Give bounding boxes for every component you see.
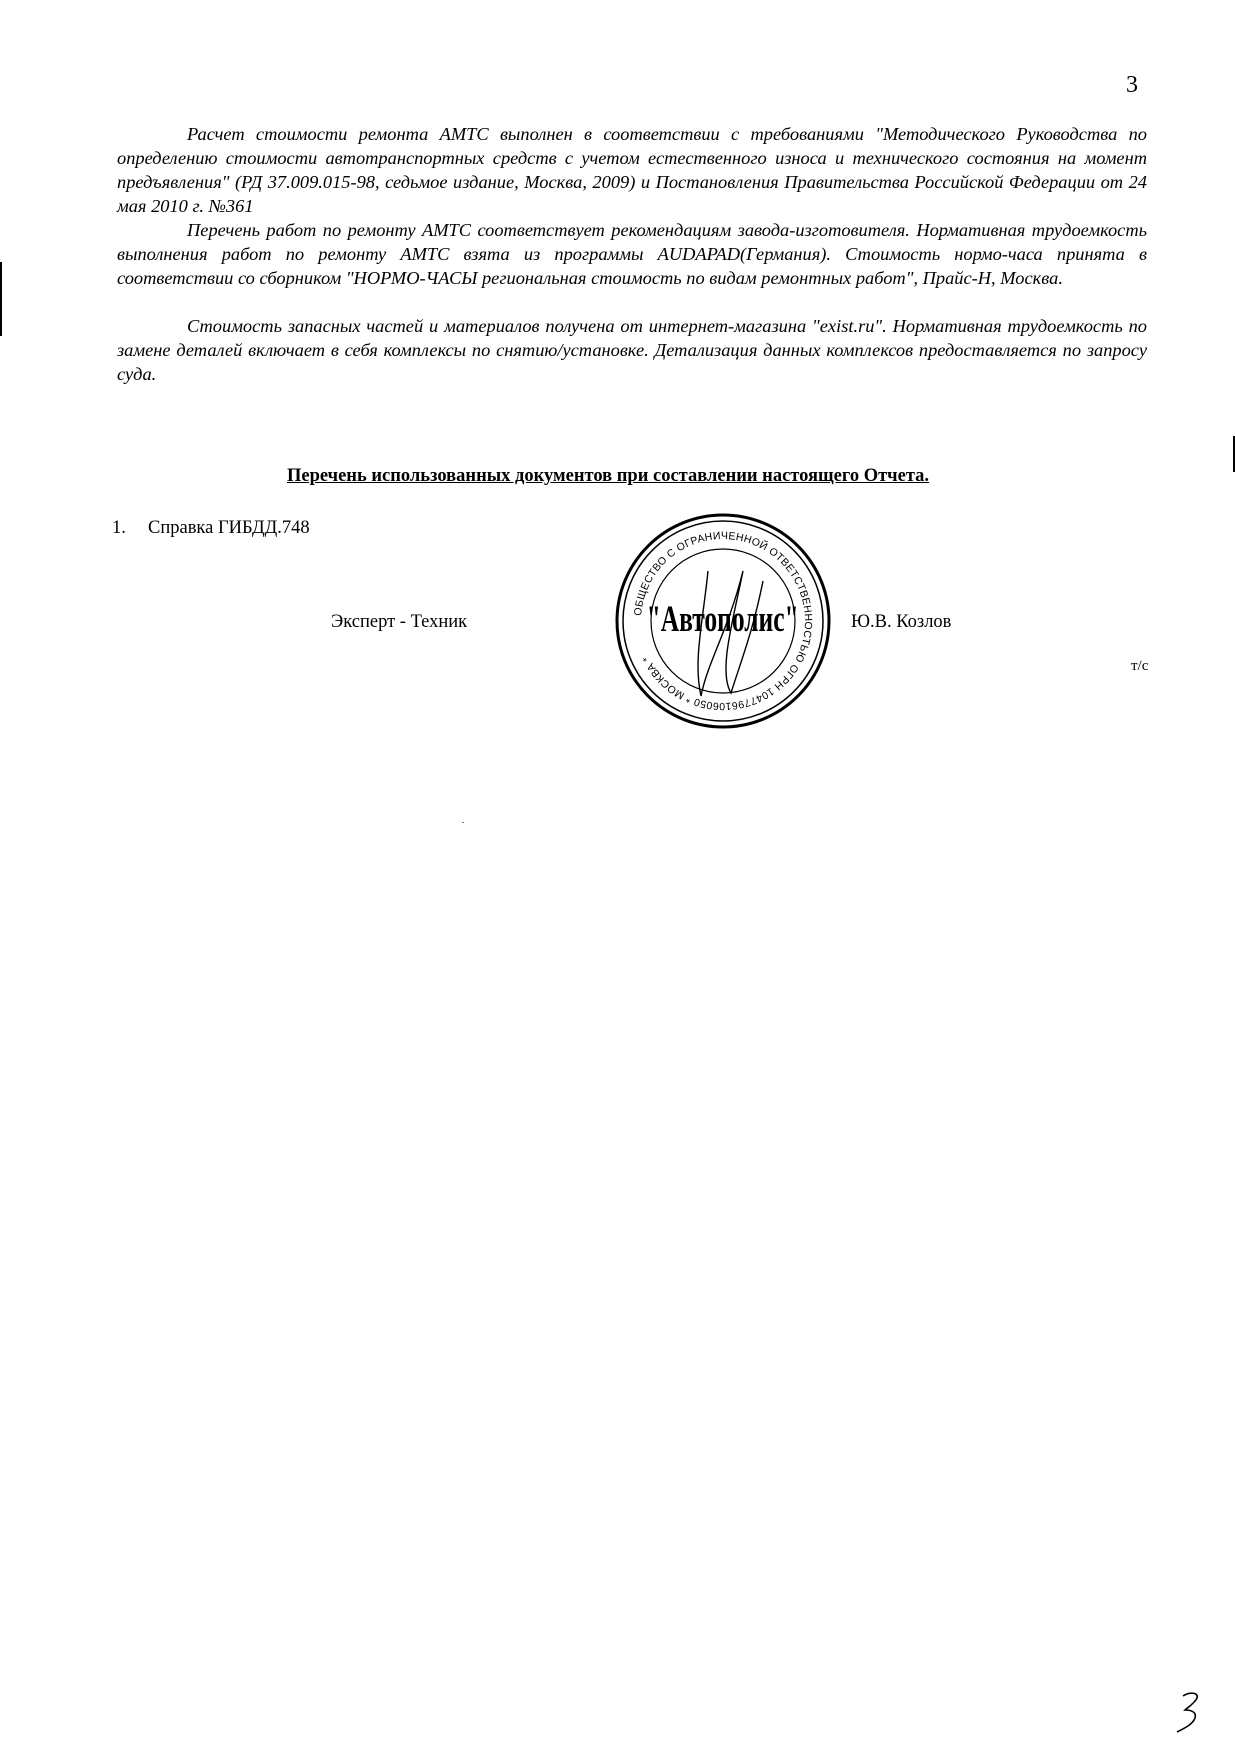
typist-note: т/с [1131,658,1148,675]
signer-name: Ю.В. Козлов [851,612,951,633]
list-item: 1.Справка ГИБДД.748 [112,518,310,539]
paragraph-works-list: Перечень работ по ремонту АМТС соответст… [117,218,1147,290]
paragraph-parts-cost: Стоимость запасных частей и материалов п… [117,314,1147,386]
list-item-label: Справка ГИБДД.748 [148,518,310,538]
documents-section-title: Перечень использованных документов при с… [287,466,929,487]
company-stamp: ОБЩЕСТВО С ОГРАНИЧЕННОЙ ОТВЕТСТВЕННОСТЬЮ… [613,511,833,731]
page-number: 3 [1126,72,1138,99]
scan-artifact-left [0,262,2,336]
paragraph-methodology: Расчет стоимости ремонта АМТС выполнен в… [117,122,1147,218]
signer-role: Эксперт - Техник [331,612,467,633]
handwritten-page-number-icon [1175,1690,1205,1735]
documents-list: 1.Справка ГИБДД.748 [112,518,310,539]
stamp-seal-icon: ОБЩЕСТВО С ОГРАНИЧЕННОЙ ОТВЕТСТВЕННОСТЬЮ… [613,511,833,731]
list-item-number: 1. [112,518,148,539]
scan-speck [462,822,464,823]
